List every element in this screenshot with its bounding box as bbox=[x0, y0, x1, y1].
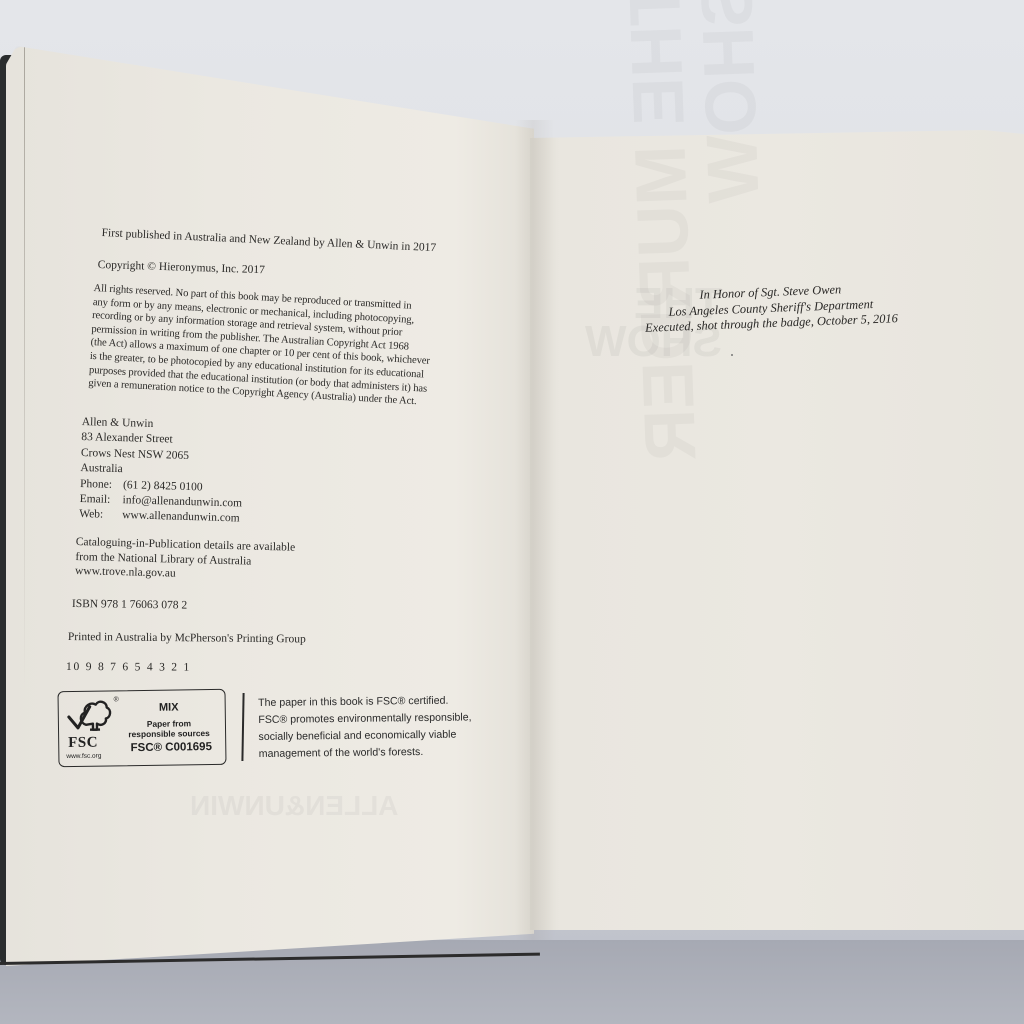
fsc-statement: The paper in this book is FSC® certified… bbox=[258, 692, 472, 763]
web-label: Web: bbox=[79, 507, 122, 524]
gutter-shadow bbox=[515, 120, 555, 940]
publisher-address: Allen & Unwin 83 Alexander Street Crows … bbox=[79, 415, 244, 527]
fsc-url: www.fsc.org bbox=[66, 753, 101, 760]
phone-value: (61 2) 8425 0100 bbox=[123, 479, 203, 493]
page-fold-line bbox=[24, 46, 25, 966]
fsc-statement-line: management of the world's forests. bbox=[259, 743, 473, 763]
fsc-mix: MIX bbox=[119, 701, 219, 714]
fsc-tree-check-icon bbox=[66, 694, 113, 735]
email-label: Email: bbox=[79, 492, 122, 509]
fsc-subtitle-line: responsible sources bbox=[119, 728, 219, 739]
phone-label: Phone: bbox=[80, 477, 123, 494]
web-value: www.allenandunwin.com bbox=[122, 510, 240, 525]
fsc-subtitle: Paper from responsible sources bbox=[119, 718, 219, 739]
fsc-label: FSC www.fsc.org ® MIX Paper from respons… bbox=[57, 689, 226, 767]
fsc-letters: FSC bbox=[68, 735, 98, 752]
isbn: ISBN 978 1 76063 078 2 bbox=[72, 597, 188, 613]
fsc-code: FSC® C001695 bbox=[119, 741, 223, 754]
rights-reserved-paragraph: All rights reserved. No part of this boo… bbox=[88, 282, 465, 411]
impression-line: 10 9 8 7 6 5 4 3 2 1 bbox=[66, 660, 191, 675]
right-page-dedication bbox=[530, 126, 1024, 930]
email-value: info@allenandunwin.com bbox=[122, 494, 242, 509]
cip-notice: Cataloguing-in-Publication details are a… bbox=[75, 535, 295, 585]
paper-speck bbox=[731, 354, 733, 356]
printer-line: Printed in Australia by McPherson's Prin… bbox=[68, 630, 306, 646]
fsc-logo: FSC www.fsc.org ® bbox=[64, 694, 117, 761]
fsc-statement-line: socially beneficial and economically via… bbox=[258, 726, 472, 746]
